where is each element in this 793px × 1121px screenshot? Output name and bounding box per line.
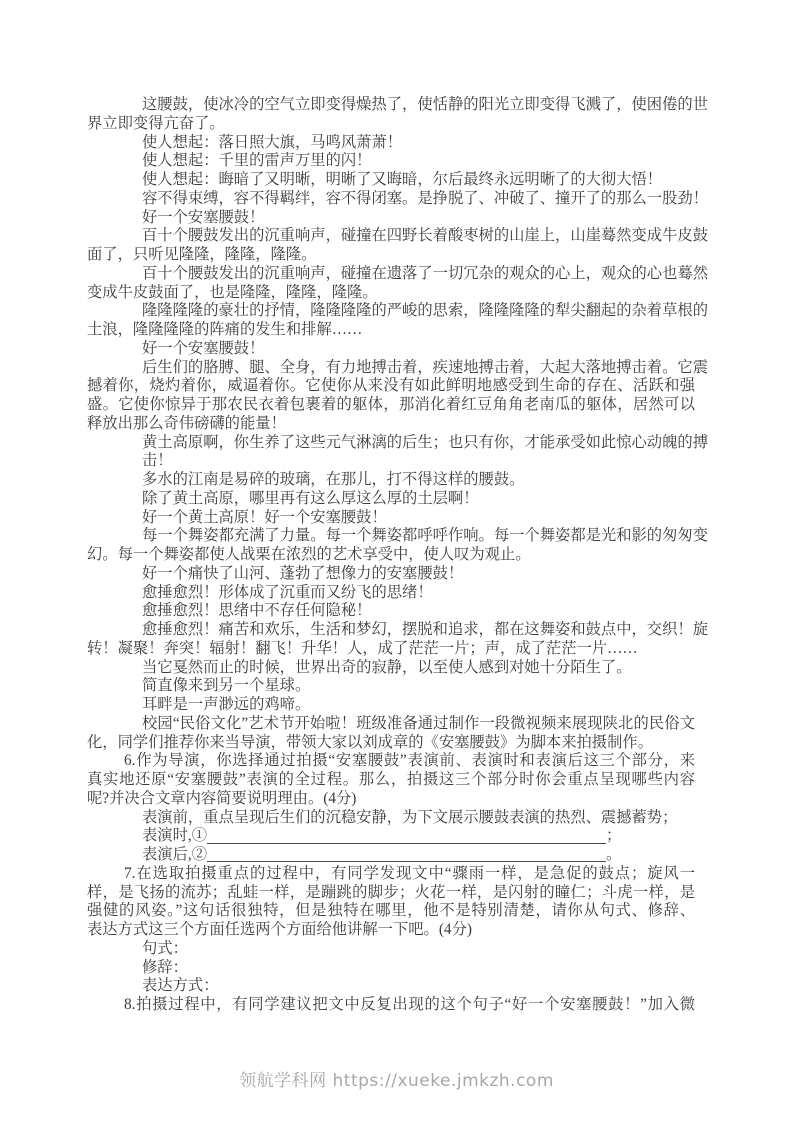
text-line: 当它戛然而止的时候，世界出奇的寂静，以至使人感到对她十分陌生了。 [87,659,695,678]
answer-blank-punct: 。 [606,846,621,865]
text-line: 面了，只听见隆隆，隆隆，隆隆。 [87,246,695,265]
text-line: 校园“民俗文化”艺术节开始啦！班级准备通过制作一段微视频来展现陕北的民俗文 [87,715,695,734]
text-line: 每一个舞姿都充满了力量。每一个舞姿都呼呼作响。每一个舞姿都是光和影的匆匆变 [87,527,695,546]
answer-blank-underline [207,827,606,843]
text-line: 好一个痛快了山河、蓬勃了想像力的安塞腰鼓！ [87,565,695,584]
watermark: 领航学科网 https://xueke.jmkzh.com [0,1066,793,1091]
text-line: 使人想起：晦暗了又明晰，明晰了又晦暗，尔后最终永远明晰了的大彻大悟！ [87,171,695,190]
text-line: 简直像来到另一个星球。 [87,677,695,696]
text-line: 百十个腰鼓发出的沉重响声，碰撞在遗落了一切冗杂的观众的心上，观众的心也蓦然 [87,265,695,284]
text-line: 变成牛皮鼓面了，也是隆隆，隆隆，隆隆。 [87,284,695,303]
text-line: 隆隆隆隆的豪壮的抒情，隆隆隆隆的严峻的思索，隆隆隆隆的犁尖翻起的杂着草根的 [87,302,695,321]
text-line: 呢?并决合文章内容简要说明理由。(4分) [87,790,695,809]
text-line: 容不得束缚，容不得羁绊，容不得闭塞。是挣脱了、冲破了、撞开了的那么一股劲！ [87,190,695,209]
text-line: 土浪，隆隆隆隆的阵痛的发生和排解…… [87,321,695,340]
text-line: 愈捶愈烈！思绪中不存任何隐秘！ [87,602,695,621]
question-7: 7.在选取拍摄重点的过程中，有同学发现文中“骤雨一样，是急促的鼓点；旋风一 [87,865,695,884]
text-line: 好一个黄土高原！好一个安塞腰鼓！ [87,509,695,528]
text-line: 击！ [87,452,695,471]
text-line: 撼着你，烧灼着你，威逼着你。它使你从来没有如此鲜明地感受到生命的存在、活跃和强 [87,377,695,396]
text-line: 表演前，重点呈现后生们的沉稳安静，为下文展示腰鼓表演的热烈、震撼蓄势； [87,809,695,828]
document-body: 这腰鼓，使冰冷的空气立即变得燥热了，使恬静的阳光立即变得飞溅了，使困倦的世界立即… [87,96,695,1015]
text-line: 盛。它使你惊异于那农民衣着包裹着的躯体，那消化着红豆角角老南瓜的躯体，居然可以 [87,396,695,415]
text-line: 释放出那么奇伟磅礴的能量！ [87,415,695,434]
text-line: 这腰鼓，使冰冷的空气立即变得燥热了，使恬静的阳光立即变得飞溅了，使困倦的世 [87,96,695,115]
text-line: 黄土高原啊，你生养了这些元气淋漓的后生；也只有你，才能承受如此惊心动魄的搏 [87,434,695,453]
text-line: 后生们的胳膊、腿、全身，有力地搏击着，疾速地搏击着，大起大落地搏击着。它震 [87,359,695,378]
text-line: 转！凝聚！奔突！辐射！翻飞！升华！人，成了茫茫一片；声，成了茫茫一片…… [87,640,695,659]
text-line: 愈捶愈烈！形体成了沉重而又纷飞的思绪！ [87,584,695,603]
text-line: 化，同学们推荐你来当导演，带领大家以刘成章的《安塞腰鼓》为脚本来拍摄制作。 [87,734,695,753]
answer-blank-line: 表演后,②。 [87,846,695,865]
text-line: 百十个腰鼓发出的沉重响声，碰撞在四野长着酸枣树的山崖上，山崖蓦然变成牛皮鼓 [87,227,695,246]
text-line: 除了黄土高原，哪里再有这么厚这么厚的土层啊！ [87,490,695,509]
text-line: 愈捶愈烈！痛苦和欢乐，生活和梦幻，摆脱和追求，都在这舞姿和鼓点中，交织！旋 [87,621,695,640]
text-line: 强健的风姿。”这句话很独特，但是独特在哪里，他不是特别清楚，请你从句式、修辞、 [87,902,695,921]
text-line: 耳畔是一声渺远的鸡啼。 [87,696,695,715]
text-line: 表达方式这三个方面任选两个方面给他讲解一下吧。(4分) [87,921,695,940]
answer-stub-sentence-pattern: 句式： [87,940,695,959]
answer-blank-line: 表演时,①； [87,827,695,846]
question-8: 8.拍摄过程中，有同学建议把文中反复出现的这个句子“好一个安塞腰鼓！”加入微 [87,996,695,1015]
answer-blank-label: 表演后,② [142,846,207,865]
answer-stub-expression: 表达方式： [87,977,695,996]
question-6: 6.作为导演，你选择通过拍摄“安塞腰鼓”表演前、表演时和表演后这三个部分，来 [87,752,695,771]
text-line: 使人想起：落日照大旗，马鸣风萧萧！ [87,134,695,153]
text-line: 界立即变得亢奋了。 [87,115,695,134]
text-line: 真实地还原“安塞腰鼓”表演的全过程。那么，拍摄这三个部分时你会重点呈现哪些内容 [87,771,695,790]
answer-blank-label: 表演时,① [142,827,207,846]
text-line: 好一个安塞腰鼓！ [87,340,695,359]
text-line: 幻。每一个舞姿都使人战栗在浓烈的艺术享受中，使人叹为观止。 [87,546,695,565]
text-line: 样，是飞扬的流苏；乱蛙一样，是蹦跳的脚步；火花一样，是闪射的瞳仁；斗虎一样，是 [87,884,695,903]
text-line: 好一个安塞腰鼓！ [87,209,695,228]
answer-blank-underline [207,846,606,862]
answer-stub-rhetoric: 修辞： [87,959,695,978]
text-line: 使人想起：千里的雷声万里的闪！ [87,152,695,171]
document-page: 这腰鼓，使冰冷的空气立即变得燥热了，使恬静的阳光立即变得飞溅了，使困倦的世界立即… [87,96,695,1015]
answer-blank-punct: ； [606,827,621,846]
text-line: 多水的江南是易碎的玻璃，在那儿，打不得这样的腰鼓。 [87,471,695,490]
